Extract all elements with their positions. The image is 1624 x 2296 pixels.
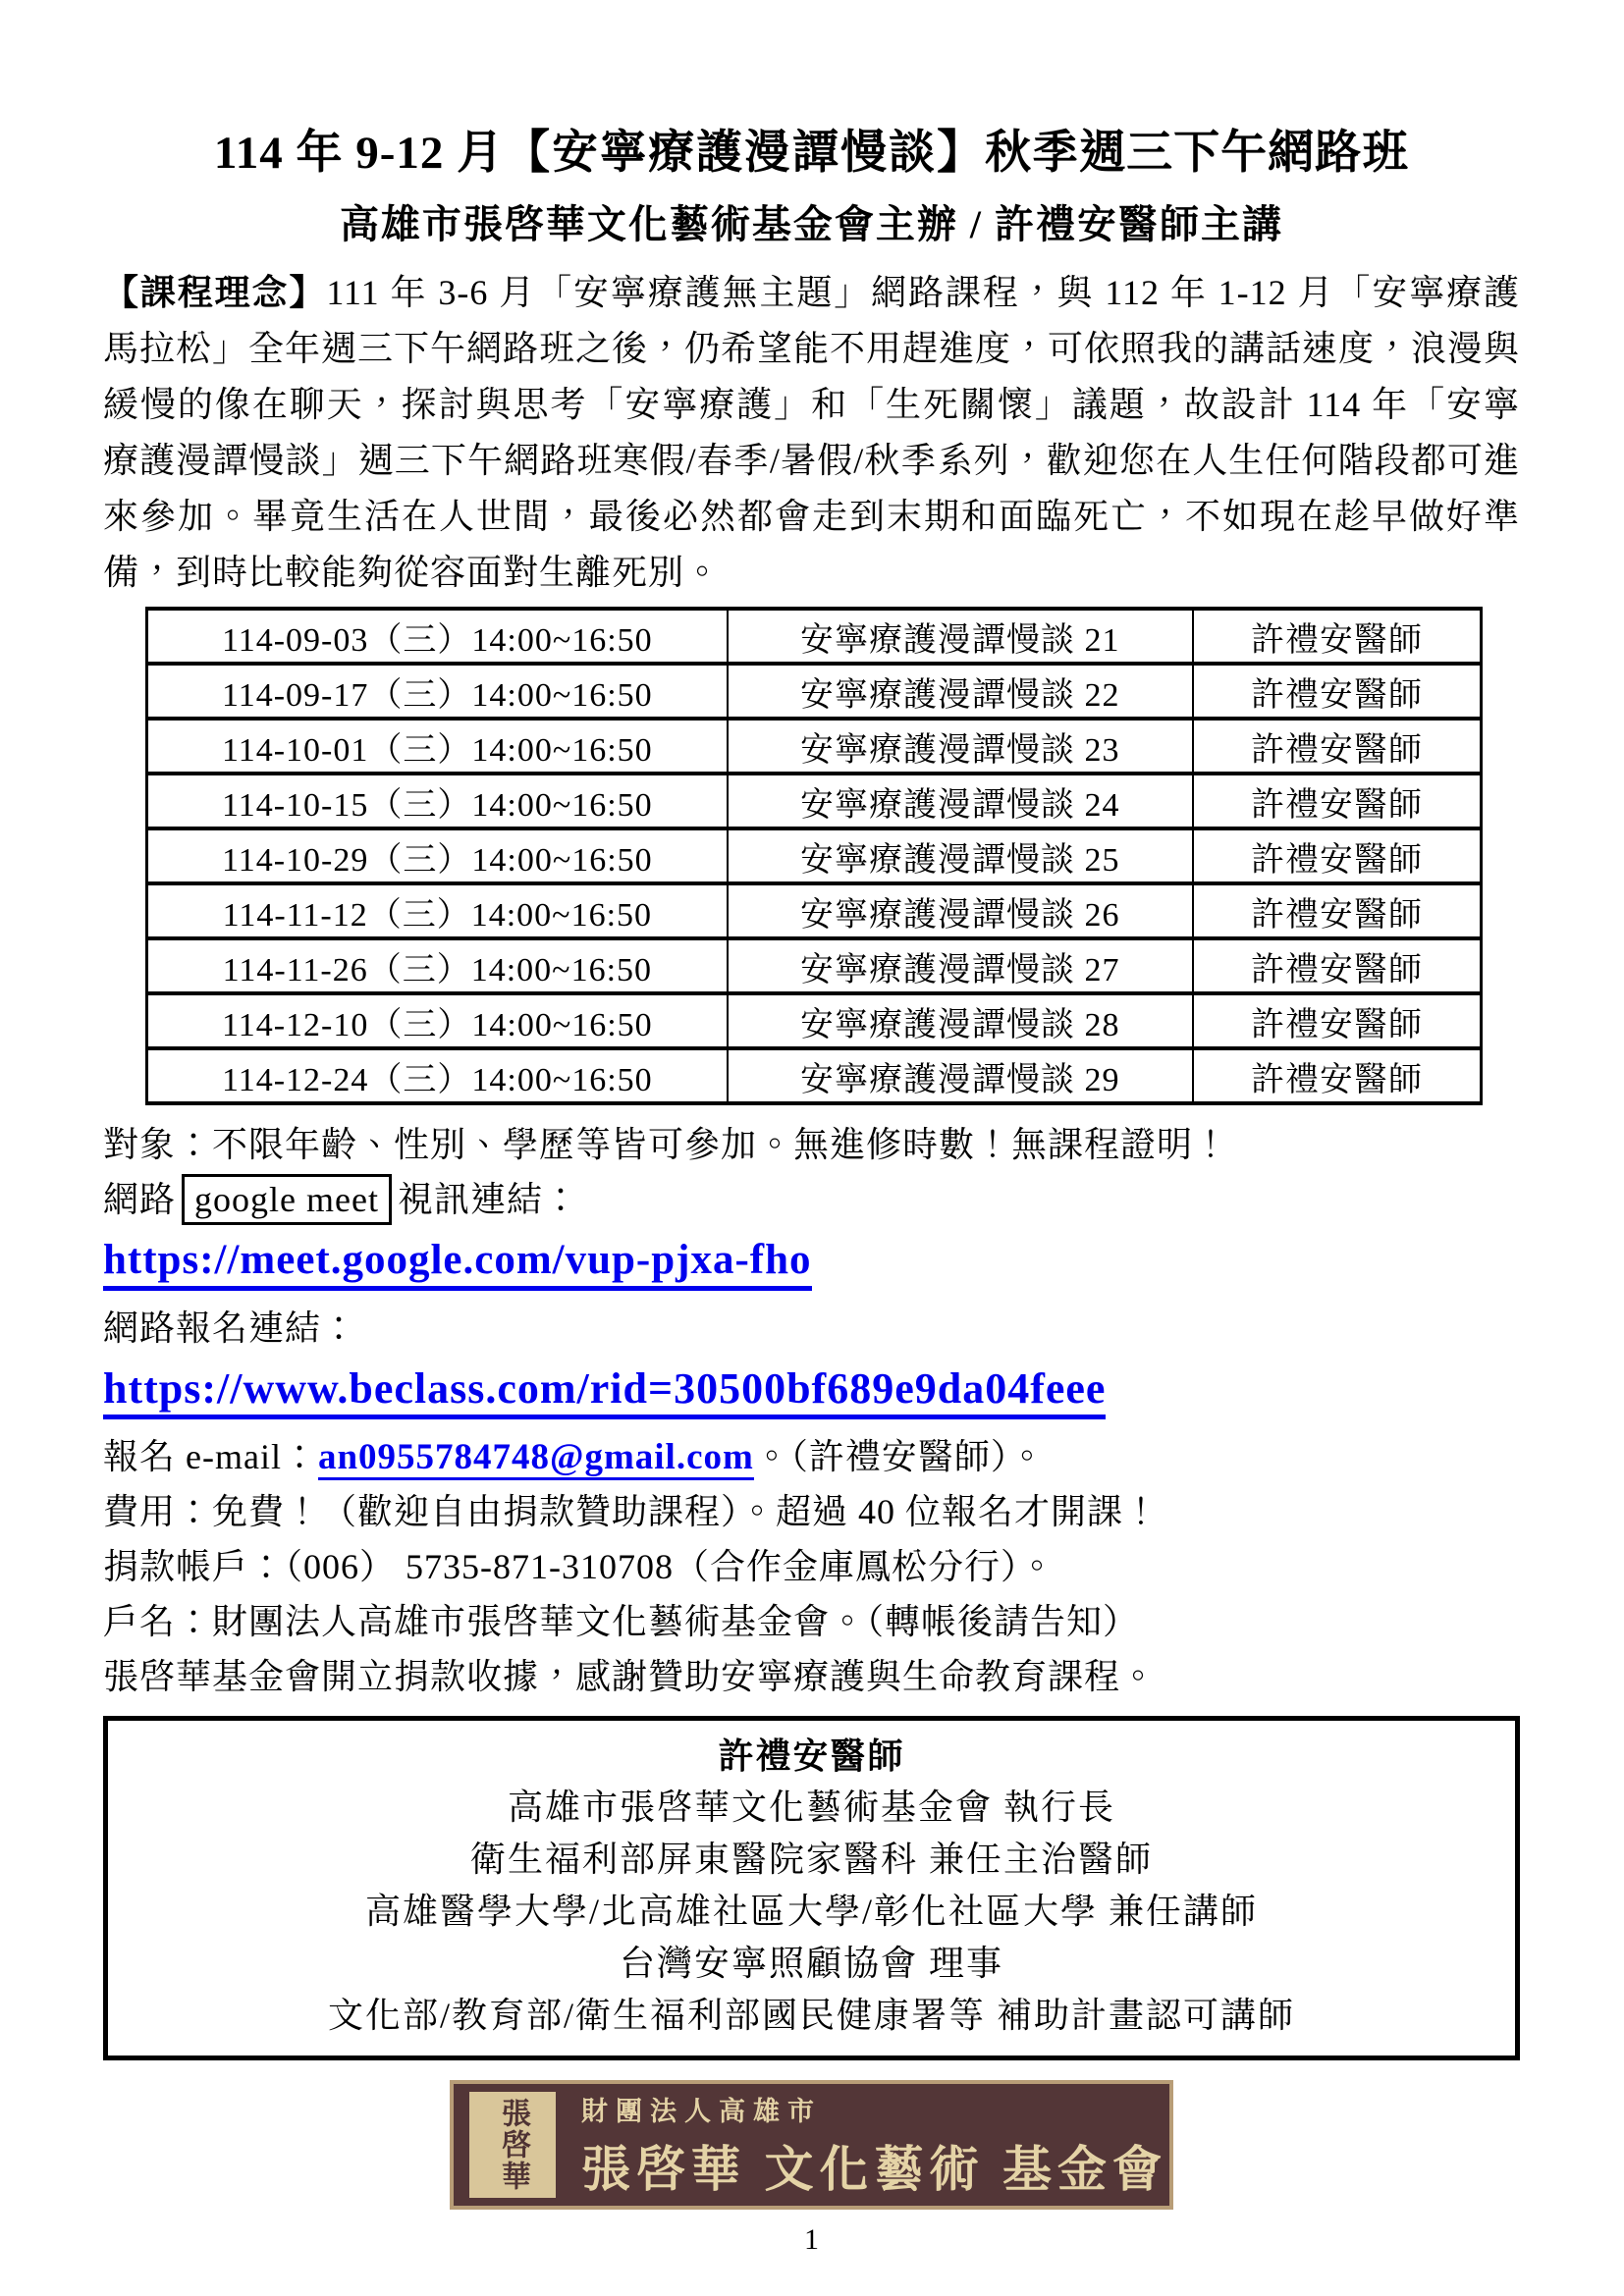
table-row: 114-12-10（三）14:00~16:50 安寧療護漫譚慢談 28 許禮安醫… [147, 993, 1482, 1048]
credential-line: 衛生福利部屏東醫院家醫科 兼任主治醫師 [108, 1834, 1515, 1886]
session-speaker: 許禮安醫師 [1193, 609, 1482, 664]
meet-label-prefix: 網路 [103, 1180, 176, 1219]
session-topic: 安寧療護漫譚慢談 26 [728, 883, 1193, 938]
foundation-logo-line2: 張啓華 文化藝術 基金會 [581, 2130, 1167, 2201]
session-speaker: 許禮安醫師 [1193, 1048, 1482, 1103]
donation-account: 捐款帳戶：（006） 5735-871-310708（合作金庫鳳松分行）。 [103, 1539, 1520, 1594]
meet-label-line: 網路google meet視訊連結： [103, 1172, 1520, 1227]
course-philosophy-label: 【課程理念】 [103, 273, 326, 312]
beclass-signup-link[interactable]: https://www.beclass.com/rid=30500bf689e9… [103, 1363, 1106, 1419]
document-page: 114 年 9-12 月【安寧療護漫譚慢談】秋季週三下午網路班 高雄市張啓華文化… [0, 0, 1624, 2296]
lecturer-name: 許禮安醫師 [108, 1731, 1515, 1782]
table-row: 114-09-03（三）14:00~16:50 安寧療護漫譚慢談 21 許禮安醫… [147, 609, 1482, 664]
session-date: 114-11-12（三）14:00~16:50 [147, 883, 728, 938]
audience-note: 對象：不限年齡、性別、學歷等皆可參加。無進修時數！無課程證明！ [103, 1117, 1520, 1172]
credential-line: 台灣安寧照顧協會 理事 [108, 1938, 1515, 1990]
page-number: 1 [103, 2223, 1520, 2257]
session-speaker: 許禮安醫師 [1193, 993, 1482, 1048]
credential-line: 高雄醫學大學/北高雄社區大學/彰化社區大學 兼任講師 [108, 1886, 1515, 1938]
document-content: 114 年 9-12 月【安寧療護漫譚慢談】秋季週三下午網路班 高雄市張啓華文化… [0, 0, 1624, 2296]
title-bracket: 【安寧療護漫譚慢談】 [504, 128, 985, 179]
signup-label: 網路報名連結： [103, 1301, 1520, 1356]
email-label: 報名 e-mail： [103, 1437, 318, 1476]
title-suffix: 秋季週三下午網路班 [985, 128, 1409, 179]
page-subtitle: 高雄市張啓華文化藝術基金會主辦 / 許禮安醫師主講 [103, 193, 1520, 249]
table-row: 114-10-15（三）14:00~16:50 安寧療護漫譚慢談 24 許禮安醫… [147, 774, 1482, 828]
session-date: 114-09-03（三）14:00~16:50 [147, 609, 728, 664]
credential-line: 高雄市張啓華文化藝術基金會 執行長 [108, 1782, 1515, 1834]
session-speaker: 許禮安醫師 [1193, 938, 1482, 993]
session-topic: 安寧療護漫譚慢談 25 [728, 828, 1193, 883]
session-speaker: 許禮安醫師 [1193, 828, 1482, 883]
receipt-note: 張啓華基金會開立捐款收據，感謝贊助安寧療護與生命教育課程。 [103, 1649, 1520, 1704]
session-date: 114-10-15（三）14:00~16:50 [147, 774, 728, 828]
session-topic: 安寧療護漫譚慢談 27 [728, 938, 1193, 993]
session-topic: 安寧療護漫譚慢談 28 [728, 993, 1193, 1048]
session-topic: 安寧療護漫譚慢談 29 [728, 1048, 1193, 1103]
table-row: 114-11-26（三）14:00~16:50 安寧療護漫譚慢談 27 許禮安醫… [147, 938, 1482, 993]
session-date: 114-12-24（三）14:00~16:50 [147, 1048, 728, 1103]
meet-label-suffix: 視訊連結： [398, 1180, 579, 1219]
table-row: 114-10-29（三）14:00~16:50 安寧療護漫譚慢談 25 許禮安醫… [147, 828, 1482, 883]
session-speaker: 許禮安醫師 [1193, 774, 1482, 828]
account-name: 戶名：財團法人高雄市張啓華文化藝術基金會。（轉帳後請告知） [103, 1594, 1520, 1649]
session-date: 114-09-17（三）14:00~16:50 [147, 664, 728, 719]
foundation-logo-line1: 財團法人高雄市 [581, 2090, 1167, 2128]
table-row: 114-12-24（三）14:00~16:50 安寧療護漫譚慢談 29 許禮安醫… [147, 1048, 1482, 1103]
signup-link-line: https://www.beclass.com/rid=30500bf689e9… [103, 1356, 1520, 1429]
google-meet-box: google meet [182, 1174, 392, 1225]
session-speaker: 許禮安醫師 [1193, 883, 1482, 938]
session-date: 114-11-26（三）14:00~16:50 [147, 938, 728, 993]
session-date: 114-10-29（三）14:00~16:50 [147, 828, 728, 883]
registration-email-link[interactable]: an0955784748@gmail.com [318, 1438, 754, 1480]
page-title: 114 年 9-12 月【安寧療護漫譚慢談】秋季週三下午網路班 [103, 116, 1520, 182]
title-prefix: 114 年 9-12 月 [214, 128, 504, 179]
course-philosophy: 【課程理念】111 年 3-6 月「安寧療護無主題」網路課程，與 112 年 1… [103, 265, 1520, 601]
session-topic: 安寧療護漫譚慢談 21 [728, 609, 1193, 664]
session-speaker: 許禮安醫師 [1193, 664, 1482, 719]
credential-line: 文化部/教育部/衛生福利部國民健康署等 補助計畫認可講師 [108, 1990, 1515, 2042]
foundation-logo: 張啓華 財團法人高雄市 張啓華 文化藝術 基金會 [450, 2080, 1173, 2210]
session-topic: 安寧療護漫譚慢談 22 [728, 664, 1193, 719]
foundation-seal-icon: 張啓華 [469, 2092, 556, 2198]
email-suffix: 。（許禮安醫師）。 [754, 1437, 1046, 1476]
session-topic: 安寧療護漫譚慢談 23 [728, 719, 1193, 774]
course-philosophy-text: 111 年 3-6 月「安寧療護無主題」網路課程，與 112 年 1-12 月「… [103, 273, 1520, 592]
table-row: 114-09-17（三）14:00~16:50 安寧療護漫譚慢談 22 許禮安醫… [147, 664, 1482, 719]
fee-note: 費用：免費！（歡迎自由捐款贊助課程）。超過 40 位報名才開課！ [103, 1484, 1520, 1539]
meet-link-line: https://meet.google.com/vup-pjxa-fho [103, 1227, 1520, 1301]
foundation-logo-text: 財團法人高雄市 張啓華 文化藝術 基金會 [581, 2090, 1167, 2201]
session-date: 114-12-10（三）14:00~16:50 [147, 993, 728, 1048]
lecturer-credentials-box: 許禮安醫師 高雄市張啓華文化藝術基金會 執行長 衛生福利部屏東醫院家醫科 兼任主… [103, 1716, 1520, 2060]
session-speaker: 許禮安醫師 [1193, 719, 1482, 774]
session-date: 114-10-01（三）14:00~16:50 [147, 719, 728, 774]
table-row: 114-11-12（三）14:00~16:50 安寧療護漫譚慢談 26 許禮安醫… [147, 883, 1482, 938]
email-line: 報名 e-mail：an0955784748@gmail.com。（許禮安醫師）… [103, 1429, 1520, 1484]
table-row: 114-10-01（三）14:00~16:50 安寧療護漫譚慢談 23 許禮安醫… [147, 719, 1482, 774]
google-meet-link[interactable]: https://meet.google.com/vup-pjxa-fho [103, 1235, 812, 1291]
schedule-table: 114-09-03（三）14:00~16:50 安寧療護漫譚慢談 21 許禮安醫… [145, 607, 1483, 1105]
session-topic: 安寧療護漫譚慢談 24 [728, 774, 1193, 828]
